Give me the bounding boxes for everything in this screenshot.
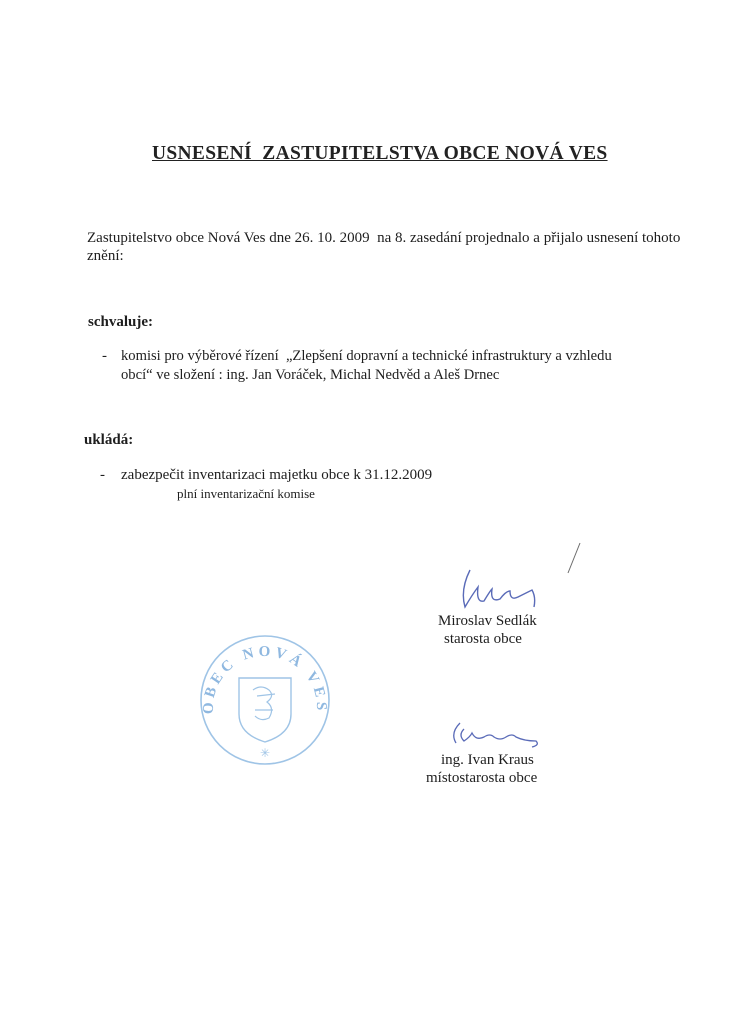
signatory-2-name: ing. Ivan Kraus [441, 751, 534, 770]
section-heading-uklada: ukládá: [84, 431, 133, 450]
intro-line-2: znění: [87, 247, 124, 266]
section-heading-schvaluje: schvaluje: [88, 313, 153, 332]
signature-scribble-icon [440, 715, 550, 755]
bullet-dash: - [102, 347, 107, 366]
signatory-1-name: Miroslav Sedlák [438, 612, 537, 631]
uklada-item-line-2: plní inventarizační komise [177, 484, 315, 503]
schvaluje-item-line-2: obcí“ ve složení : ing. Jan Voráček, Mic… [121, 366, 499, 385]
official-stamp-icon: OBEC NOVÁ VES ✳ [195, 630, 335, 770]
signatory-1-role: starosta obce [444, 630, 522, 649]
signatory-2-role: místostarosta obce [426, 769, 537, 788]
signature-scribble-icon [440, 535, 590, 615]
schvaluje-item-line-1: komisi pro výběrové řízení „Zlepšení dop… [121, 347, 612, 366]
uklada-item-line-1: zabezpečit inventarizaci majetku obce k … [121, 466, 432, 485]
intro-line-1: Zastupitelstvo obce Nová Ves dne 26. 10.… [87, 229, 680, 248]
document-title: USNESENÍ ZASTUPITELSTVA OBCE NOVÁ VES [152, 143, 608, 165]
bullet-dash: - [100, 466, 105, 485]
svg-text:✳: ✳ [260, 746, 270, 760]
